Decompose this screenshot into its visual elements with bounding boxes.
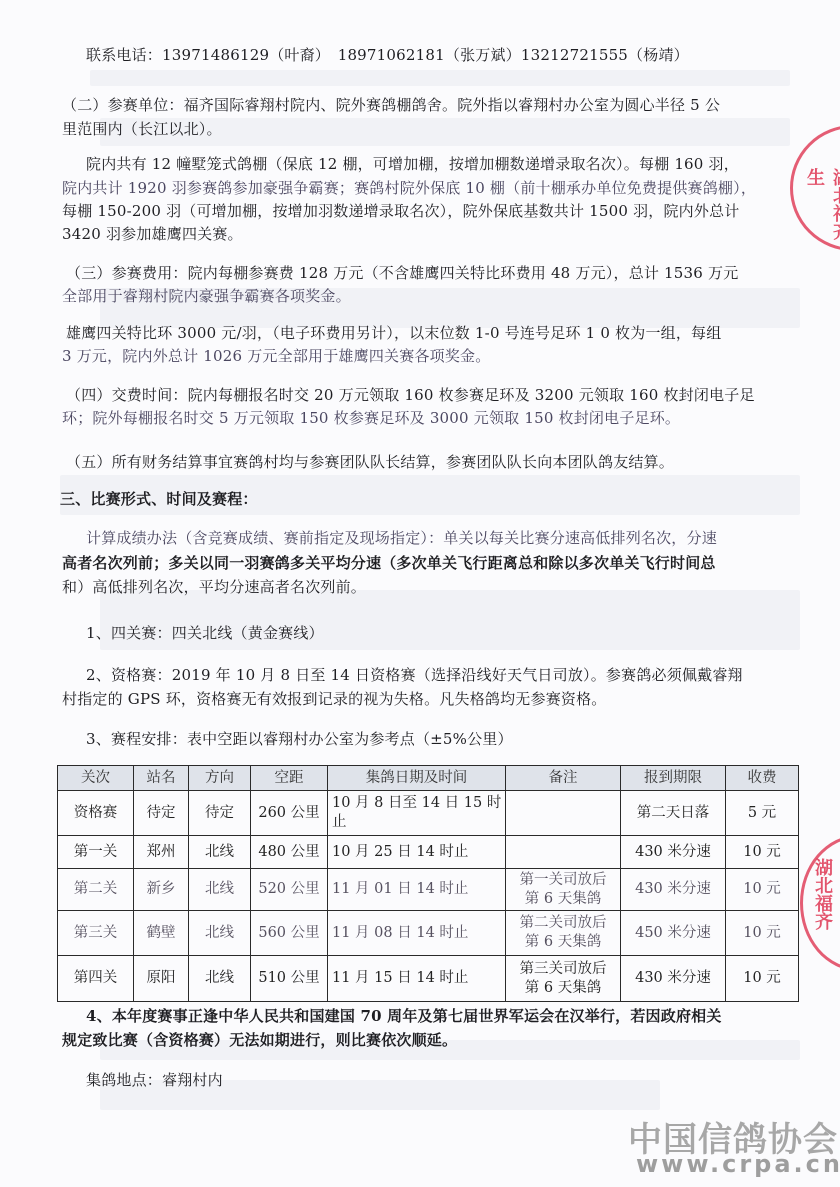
- lofts-line-1: 院内共有 12 幢墅笼式鸽棚（保底 12 棚，可增加棚，按增加棚数递增录取名次）…: [86, 153, 739, 175]
- scoring-line-2: 高者名次列前；多关以同一羽赛鸽多关平均分速（多次单关飞行距离总和除以多次单关飞行…: [62, 552, 716, 574]
- header-station: 站名: [134, 766, 189, 791]
- cell-station: 鹤壁: [134, 911, 189, 956]
- cell-station: 原阳: [134, 956, 189, 1002]
- cell-station: 新乡: [134, 869, 189, 911]
- cell-stage: 第二关: [58, 869, 134, 911]
- cell-distance: 510 公里: [251, 956, 328, 1002]
- cell-station: 郑州: [134, 836, 189, 869]
- note-line-1: 第三关司放后: [508, 960, 618, 979]
- seal-text: 湖北福齐: [809, 858, 835, 930]
- cell-collect-time: 11 月 08 日 14 时止: [328, 911, 506, 956]
- cell-distance: 480 公里: [251, 836, 328, 869]
- cell-deadline: 430 米分速: [621, 836, 726, 869]
- cell-direction: 北线: [189, 869, 251, 911]
- scoring-line-3: 和）高低排列名次，平均分速高者名次列前。: [62, 576, 366, 598]
- cell-distance: 260 公里: [251, 791, 328, 836]
- cell-collect-time: 10 月 8 日至 14 日 15 时止: [328, 791, 506, 836]
- header-note: 备注: [506, 766, 621, 791]
- header-collect-time: 集鸽日期及时间: [328, 766, 506, 791]
- cell-stage: 第一关: [58, 836, 134, 869]
- note-line-2: 第 6 天集鸽: [508, 979, 618, 998]
- payment-time-line-2: 环；院外每棚报名时交 5 万元领取 150 枚参赛足环及 3000 元领取 15…: [62, 407, 680, 429]
- lofts-line-3: 每棚 150-200 羽（可增加棚，按增加羽数递增录取名次），院外保底基数共计 …: [62, 200, 739, 222]
- units-line-1: （二）参赛单位：福齐国际睿翔村院内、院外赛鸽棚鸽舍。院外指以睿翔村办公室为圆心半…: [62, 94, 720, 116]
- payment-time-line-1: （四）交费时间：院内每棚报名时交 20 万元领取 160 枚参赛足环及 3200…: [66, 384, 755, 406]
- table-row: 第四关 原阳 北线 510 公里 11 月 15 日 14 时止 第三关司放后第…: [58, 956, 799, 1002]
- cell-distance: 560 公里: [251, 911, 328, 956]
- cell-note: 第三关司放后第 6 天集鸽: [506, 956, 621, 1002]
- cell-fee: 10 元: [726, 869, 799, 911]
- official-seal-top: 湖北福齐生: [790, 125, 840, 251]
- contact-phones: 13971486129（叶裔） 18971062181（张万斌）13212721…: [162, 46, 689, 64]
- contact-line: 联系电话：13971486129（叶裔） 18971062181（张万斌）132…: [86, 44, 689, 66]
- item-1: 1、四关赛：四关北线（黄金赛线）: [86, 622, 324, 644]
- cell-note: 第二关司放后第 6 天集鸽: [506, 911, 621, 956]
- cell-direction: 北线: [189, 836, 251, 869]
- header-distance: 空距: [251, 766, 328, 791]
- cell-stage: 资格赛: [58, 791, 134, 836]
- gathering-location: 集鸽地点：睿翔村内: [86, 1069, 223, 1091]
- lofts-line-2: 院内共计 1920 羽参赛鸽参加豪强争霸赛；赛鸽村院外保底 10 棚（前十棚承办…: [62, 177, 756, 199]
- cell-station: 待定: [134, 791, 189, 836]
- item-4-line-1: 4、本年度赛事正逢中华人民共和国建国 70 周年及第七届世界军运会在汉举行，若因…: [86, 1005, 722, 1027]
- fees-line-2: 全部用于睿翔村院内豪强争霸赛各项奖金。: [62, 285, 351, 307]
- header-direction: 方向: [189, 766, 251, 791]
- item-2-line-2: 村指定的 GPS 环，资格赛无有效报到记录的视为失格。凡失格鸽均无参赛资格。: [62, 688, 607, 710]
- schedule-table: 关次 站名 方向 空距 集鸽日期及时间 备注 报到期限 收费 资格赛 待定 待定…: [57, 765, 799, 1002]
- cell-direction: 北线: [189, 956, 251, 1002]
- table-header-row: 关次 站名 方向 空距 集鸽日期及时间 备注 报到期限 收费: [58, 766, 799, 791]
- settlement-line: （五）所有财务结算事宜赛鸽村均与参赛团队队长结算，参赛团队队长向本团队鸽友结算。: [66, 451, 674, 473]
- cell-stage: 第四关: [58, 956, 134, 1002]
- units-line-2: 里范围内（长江以北）。: [62, 118, 222, 140]
- header-fee: 收费: [726, 766, 799, 791]
- cell-note: [506, 836, 621, 869]
- section3-heading: 三、比赛形式、时间及赛程：: [60, 488, 258, 510]
- item-4-line-2: 规定致比赛（含资格赛）无法如期进行，则比赛依次顺延。: [62, 1029, 457, 1051]
- note-line-1: 第一关司放后: [508, 871, 618, 890]
- special-ring-line-2: 3 万元，院内外总计 1026 万元全部用于雄鹰四关赛各项奖金。: [62, 345, 490, 367]
- cell-deadline: 430 米分速: [621, 956, 726, 1002]
- watermark-url: www.crpa.cn: [636, 1150, 840, 1178]
- table-row: 第三关 鹤壁 北线 560 公里 11 月 08 日 14 时止 第二关司放后第…: [58, 911, 799, 956]
- special-ring-line-1: 雄鹰四关特比环 3000 元/羽，（电子环费用另计），以末位数 1-0 号连号足…: [66, 322, 721, 344]
- cell-note: 第一关司放后第 6 天集鸽: [506, 869, 621, 911]
- official-seal-bottom: 湖北福齐: [800, 835, 840, 971]
- note-line-2: 第 6 天集鸽: [508, 890, 618, 909]
- seal-text: 湖北福齐生: [801, 168, 840, 248]
- cell-collect-time: 11 月 15 日 14 时止: [328, 956, 506, 1002]
- cell-deadline: 450 米分速: [621, 911, 726, 956]
- cell-direction: 待定: [189, 791, 251, 836]
- scoring-line-1: 计算成绩办法（含竞赛成绩、赛前指定及现场指定）：单关以每关比赛分速高低排列名次，…: [86, 527, 717, 549]
- item-3: 3、赛程安排：表中空距以睿翔村办公室为参考点（±5%公里）: [86, 728, 513, 750]
- document-page: 联系电话：13971486129（叶裔） 18971062181（张万斌）132…: [0, 0, 840, 1187]
- bleed-through: [90, 70, 790, 86]
- cell-stage: 第三关: [58, 911, 134, 956]
- table-row: 第二关 新乡 北线 520 公里 11 月 01 日 14 时止 第一关司放后第…: [58, 869, 799, 911]
- item-2-line-1: 2、资格赛：2019 年 10 月 8 日至 14 日资格赛（选择沿线好天气日司…: [86, 664, 743, 686]
- cell-fee: 10 元: [726, 956, 799, 1002]
- cell-direction: 北线: [189, 911, 251, 956]
- contact-label: 联系电话：: [86, 46, 162, 64]
- cell-collect-time: 10 月 25 日 14 时止: [328, 836, 506, 869]
- cell-fee: 10 元: [726, 836, 799, 869]
- cell-note: [506, 791, 621, 836]
- cell-fee: 10 元: [726, 911, 799, 956]
- table-row: 资格赛 待定 待定 260 公里 10 月 8 日至 14 日 15 时止 第二…: [58, 791, 799, 836]
- fees-line-1: （三）参赛费用：院内每棚参赛费 128 万元（不含雄鹰四关特比环费用 48 万元…: [66, 262, 738, 284]
- cell-fee: 5 元: [726, 791, 799, 836]
- cell-deadline: 第二天日落: [621, 791, 726, 836]
- cell-deadline: 430 米分速: [621, 869, 726, 911]
- table-row: 第一关 郑州 北线 480 公里 10 月 25 日 14 时止 430 米分速…: [58, 836, 799, 869]
- lofts-line-4: 3420 羽参加雄鹰四关赛。: [62, 223, 243, 245]
- cell-collect-time: 11 月 01 日 14 时止: [328, 869, 506, 911]
- header-stage: 关次: [58, 766, 134, 791]
- cell-distance: 520 公里: [251, 869, 328, 911]
- note-line-2: 第 6 天集鸽: [508, 933, 618, 952]
- note-line-1: 第二关司放后: [508, 914, 618, 933]
- header-deadline: 报到期限: [621, 766, 726, 791]
